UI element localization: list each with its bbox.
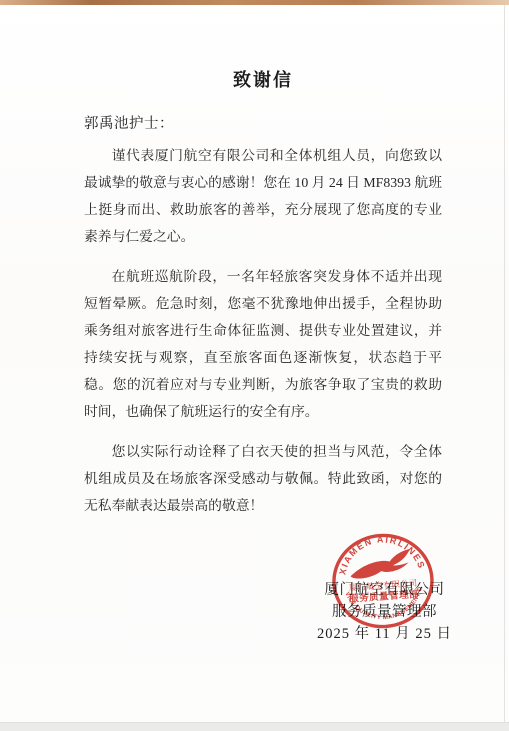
- paper-bottom-edge-strip: [0, 722, 509, 731]
- paper-top-edge-strip: [0, 0, 509, 5]
- salutation: 郭禹池护士：: [84, 112, 174, 133]
- signature-date: 2025 年 11 月 25 日: [302, 623, 467, 645]
- svg-text:XIAMEN AIRLINES: XIAMEN AIRLINES: [335, 531, 427, 576]
- signature-company: 厦门航空有限公司: [302, 579, 467, 601]
- egret-bird-icon: [349, 549, 412, 579]
- paper-right-edge-line: [504, 5, 505, 723]
- seal-arc-top-text: XIAMEN AIRLINES: [335, 531, 427, 576]
- letter-body: 谨代表厦门航空有限公司和全体机组人员，向您致以最诚挚的敬意与衷心的感谢！您在 1…: [84, 142, 442, 532]
- paragraph-1: 谨代表厦门航空有限公司和全体机组人员，向您致以最诚挚的敬意与衷心的感谢！您在 1…: [84, 142, 442, 250]
- paragraph-3: 您以实际行动诠释了白衣天使的担当与风范，令全体机组成员及在场旅客深受感动与敬佩。…: [84, 438, 442, 519]
- letter-title: 致谢信: [84, 66, 442, 92]
- signature-department: 服务质量管理部: [302, 601, 467, 623]
- signature-block: 厦门航空有限公司 服务质量管理部 2025 年 11 月 25 日: [302, 579, 467, 645]
- thank-you-letter-page: 致谢信 郭禹池护士： 谨代表厦门航空有限公司和全体机组人员，向您致以最诚挚的敬意…: [0, 0, 509, 731]
- paragraph-2: 在航班巡航阶段，一名年轻旅客突发身体不适并出现短暂晕厥。危急时刻，您毫不犹豫地伸…: [84, 263, 442, 425]
